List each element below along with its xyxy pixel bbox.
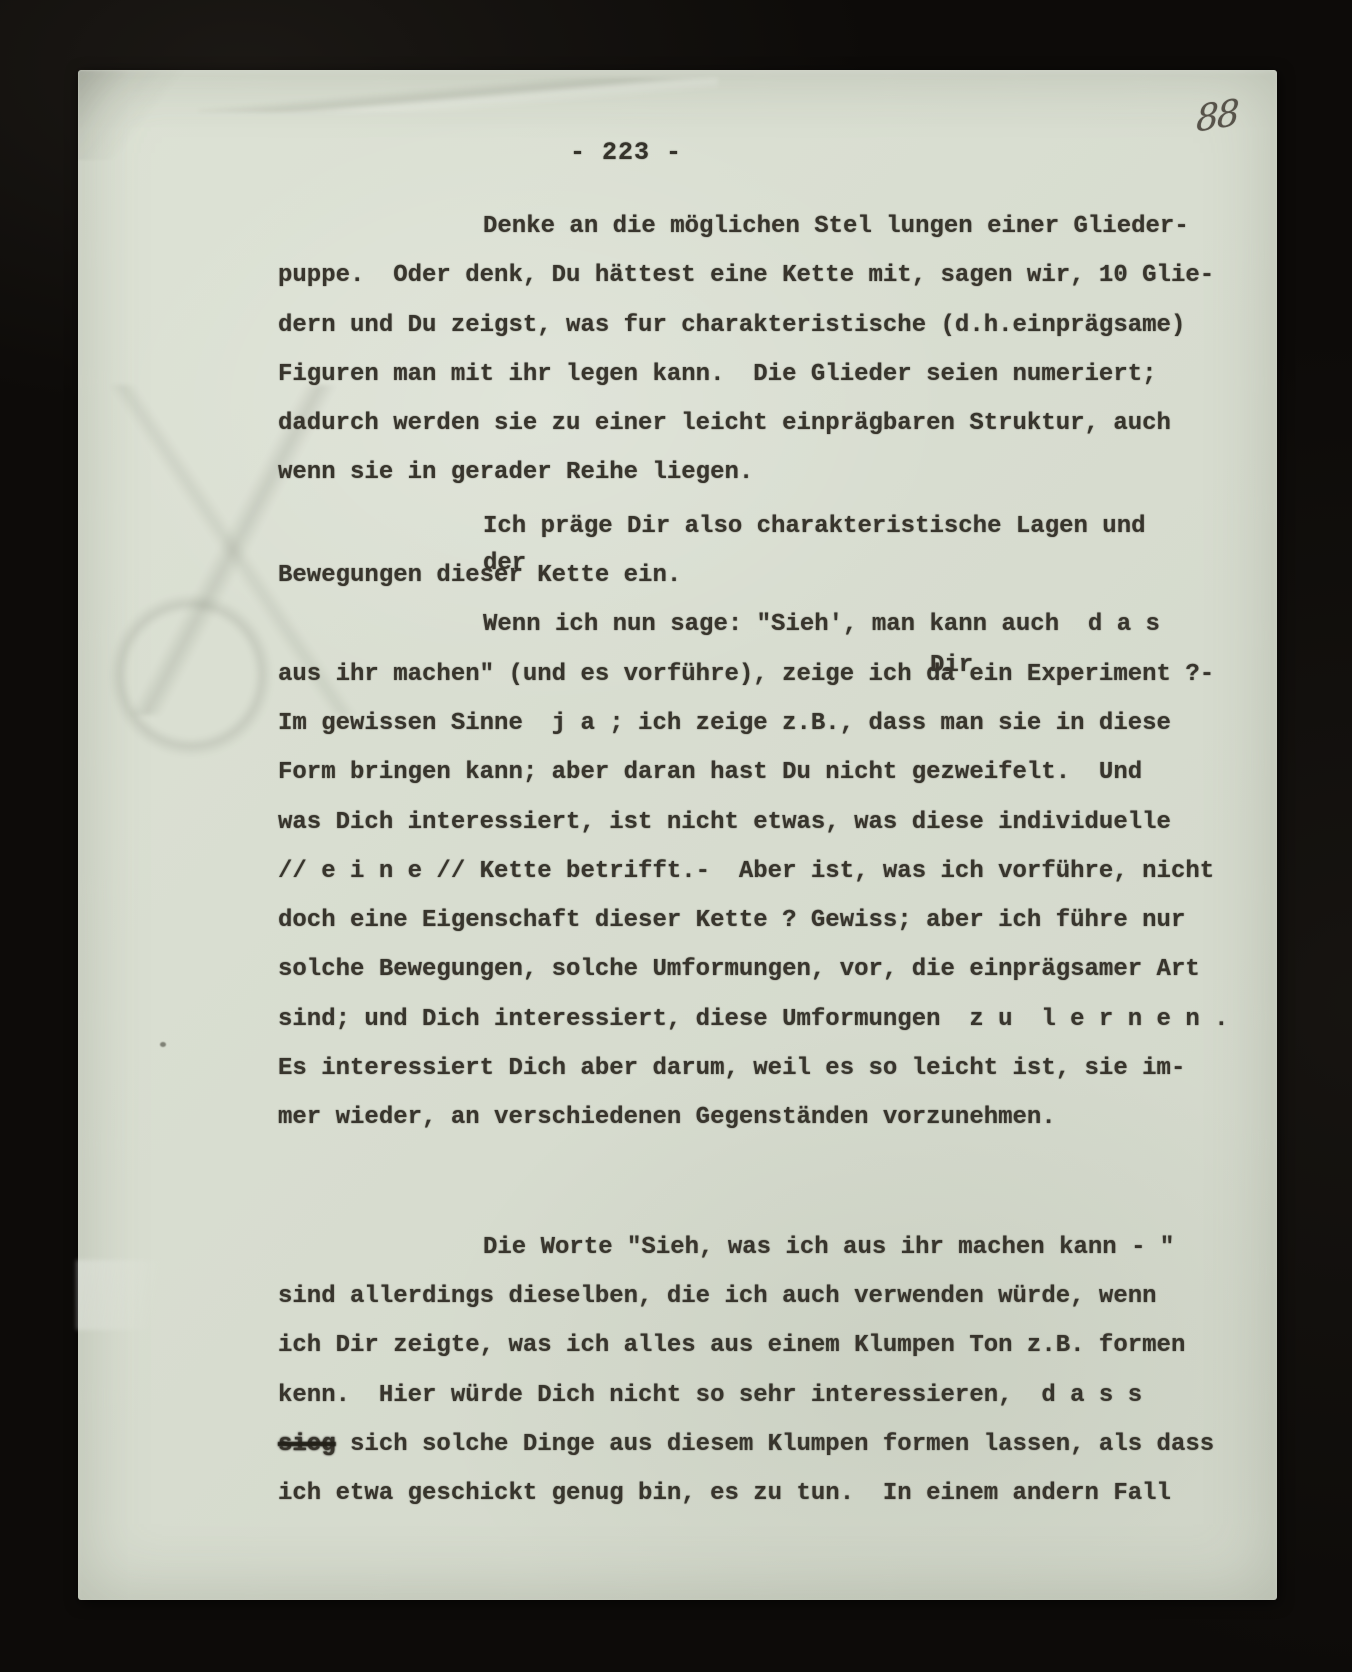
typescript-line: Die Worte "Sieh, was ich aus ihr machen … bbox=[278, 1234, 1288, 1283]
handwritten-folio-number: 88 bbox=[1196, 92, 1238, 140]
paper-corner-fold bbox=[78, 70, 218, 160]
typescript-line: puppe. Oder denk, Du hättest eine Kette … bbox=[278, 262, 1288, 311]
typescript-line: sind allerdings dieselben, die ich auch … bbox=[278, 1283, 1288, 1332]
typescript-line-with-overstrike: sieg sich solche Dinge aus diesem Klumpe… bbox=[278, 1431, 1288, 1480]
typescript-line: mer wieder, an verschiedenen Gegenstände… bbox=[278, 1104, 1288, 1153]
typescript-line: solche Bewegungen, solche Umformungen, v… bbox=[278, 956, 1288, 1005]
typescript-line: // e i n e // Kette betrifft.- Aber ist,… bbox=[278, 858, 1288, 907]
pencil-smudge-ring bbox=[106, 590, 276, 760]
typescript-body: Denke an die möglichen Stel lungen einer… bbox=[278, 213, 1288, 1529]
page-number: - 223 - bbox=[570, 138, 682, 167]
typescript-line: dadurch werden sie zu einer leicht einpr… bbox=[278, 410, 1288, 459]
typescript-page: 88 - 223 - Denke an die möglichen Stel l… bbox=[78, 70, 1277, 1600]
interlinear-insertion-dir: Dir bbox=[930, 654, 973, 678]
typescript-line: Denke an die möglichen Stel lungen einer… bbox=[278, 213, 1288, 262]
typescript-line: doch eine Eigenschaft dieser Kette ? Gew… bbox=[278, 907, 1288, 956]
typescript-line: aus ihr machen" (und es vorführe), zeige… bbox=[278, 661, 1288, 710]
typescript-line: wenn sie in gerader Reihe liegen. bbox=[278, 459, 1288, 508]
typescript-line-rest: sich solche Dinge aus diesem Klumpen for… bbox=[336, 1431, 1215, 1458]
paper-crease-left bbox=[76, 1260, 226, 1330]
paper-crease-top bbox=[198, 78, 718, 112]
typescript-line: Wenn ich nun sage: "Sieh', man kann auch… bbox=[278, 611, 1288, 660]
typescript-line: ich Dir zeigte, was ich alles aus einem … bbox=[278, 1332, 1288, 1381]
typescript-line: Form bringen kann; aber daran hast Du ni… bbox=[278, 759, 1288, 808]
typescript-line: ich etwa geschickt genug bin, es zu tun.… bbox=[278, 1480, 1288, 1529]
typescript-line: Figuren man mit ihr legen kann. Die Glie… bbox=[278, 361, 1288, 410]
typescript-line: Ich präge Dir also charakteristische Lag… bbox=[278, 513, 1288, 562]
typescript-line: dern und Du zeigst, was fur charakterist… bbox=[278, 312, 1288, 361]
typescript-line: kenn. Hier würde Dich nicht so sehr inte… bbox=[278, 1382, 1288, 1431]
typescript-line: sind; und Dich interessiert, diese Umfor… bbox=[278, 1006, 1288, 1055]
interlinear-insertion-der: der bbox=[483, 552, 526, 576]
typescript-line: was Dich interessiert, ist nicht etwas, … bbox=[278, 809, 1288, 858]
typescript-line: Bewegungen dieser Kette ein. bbox=[278, 562, 1288, 611]
overstruck-word: sieg bbox=[278, 1431, 336, 1458]
photograph-background: 88 - 223 - Denke an die möglichen Stel l… bbox=[0, 0, 1352, 1672]
typescript-line: Im gewissen Sinne j a ; ich zeige z.B., … bbox=[278, 710, 1288, 759]
typescript-line: Es interessiert Dich aber darum, weil es… bbox=[278, 1055, 1288, 1104]
pencil-dot bbox=[160, 1042, 166, 1047]
